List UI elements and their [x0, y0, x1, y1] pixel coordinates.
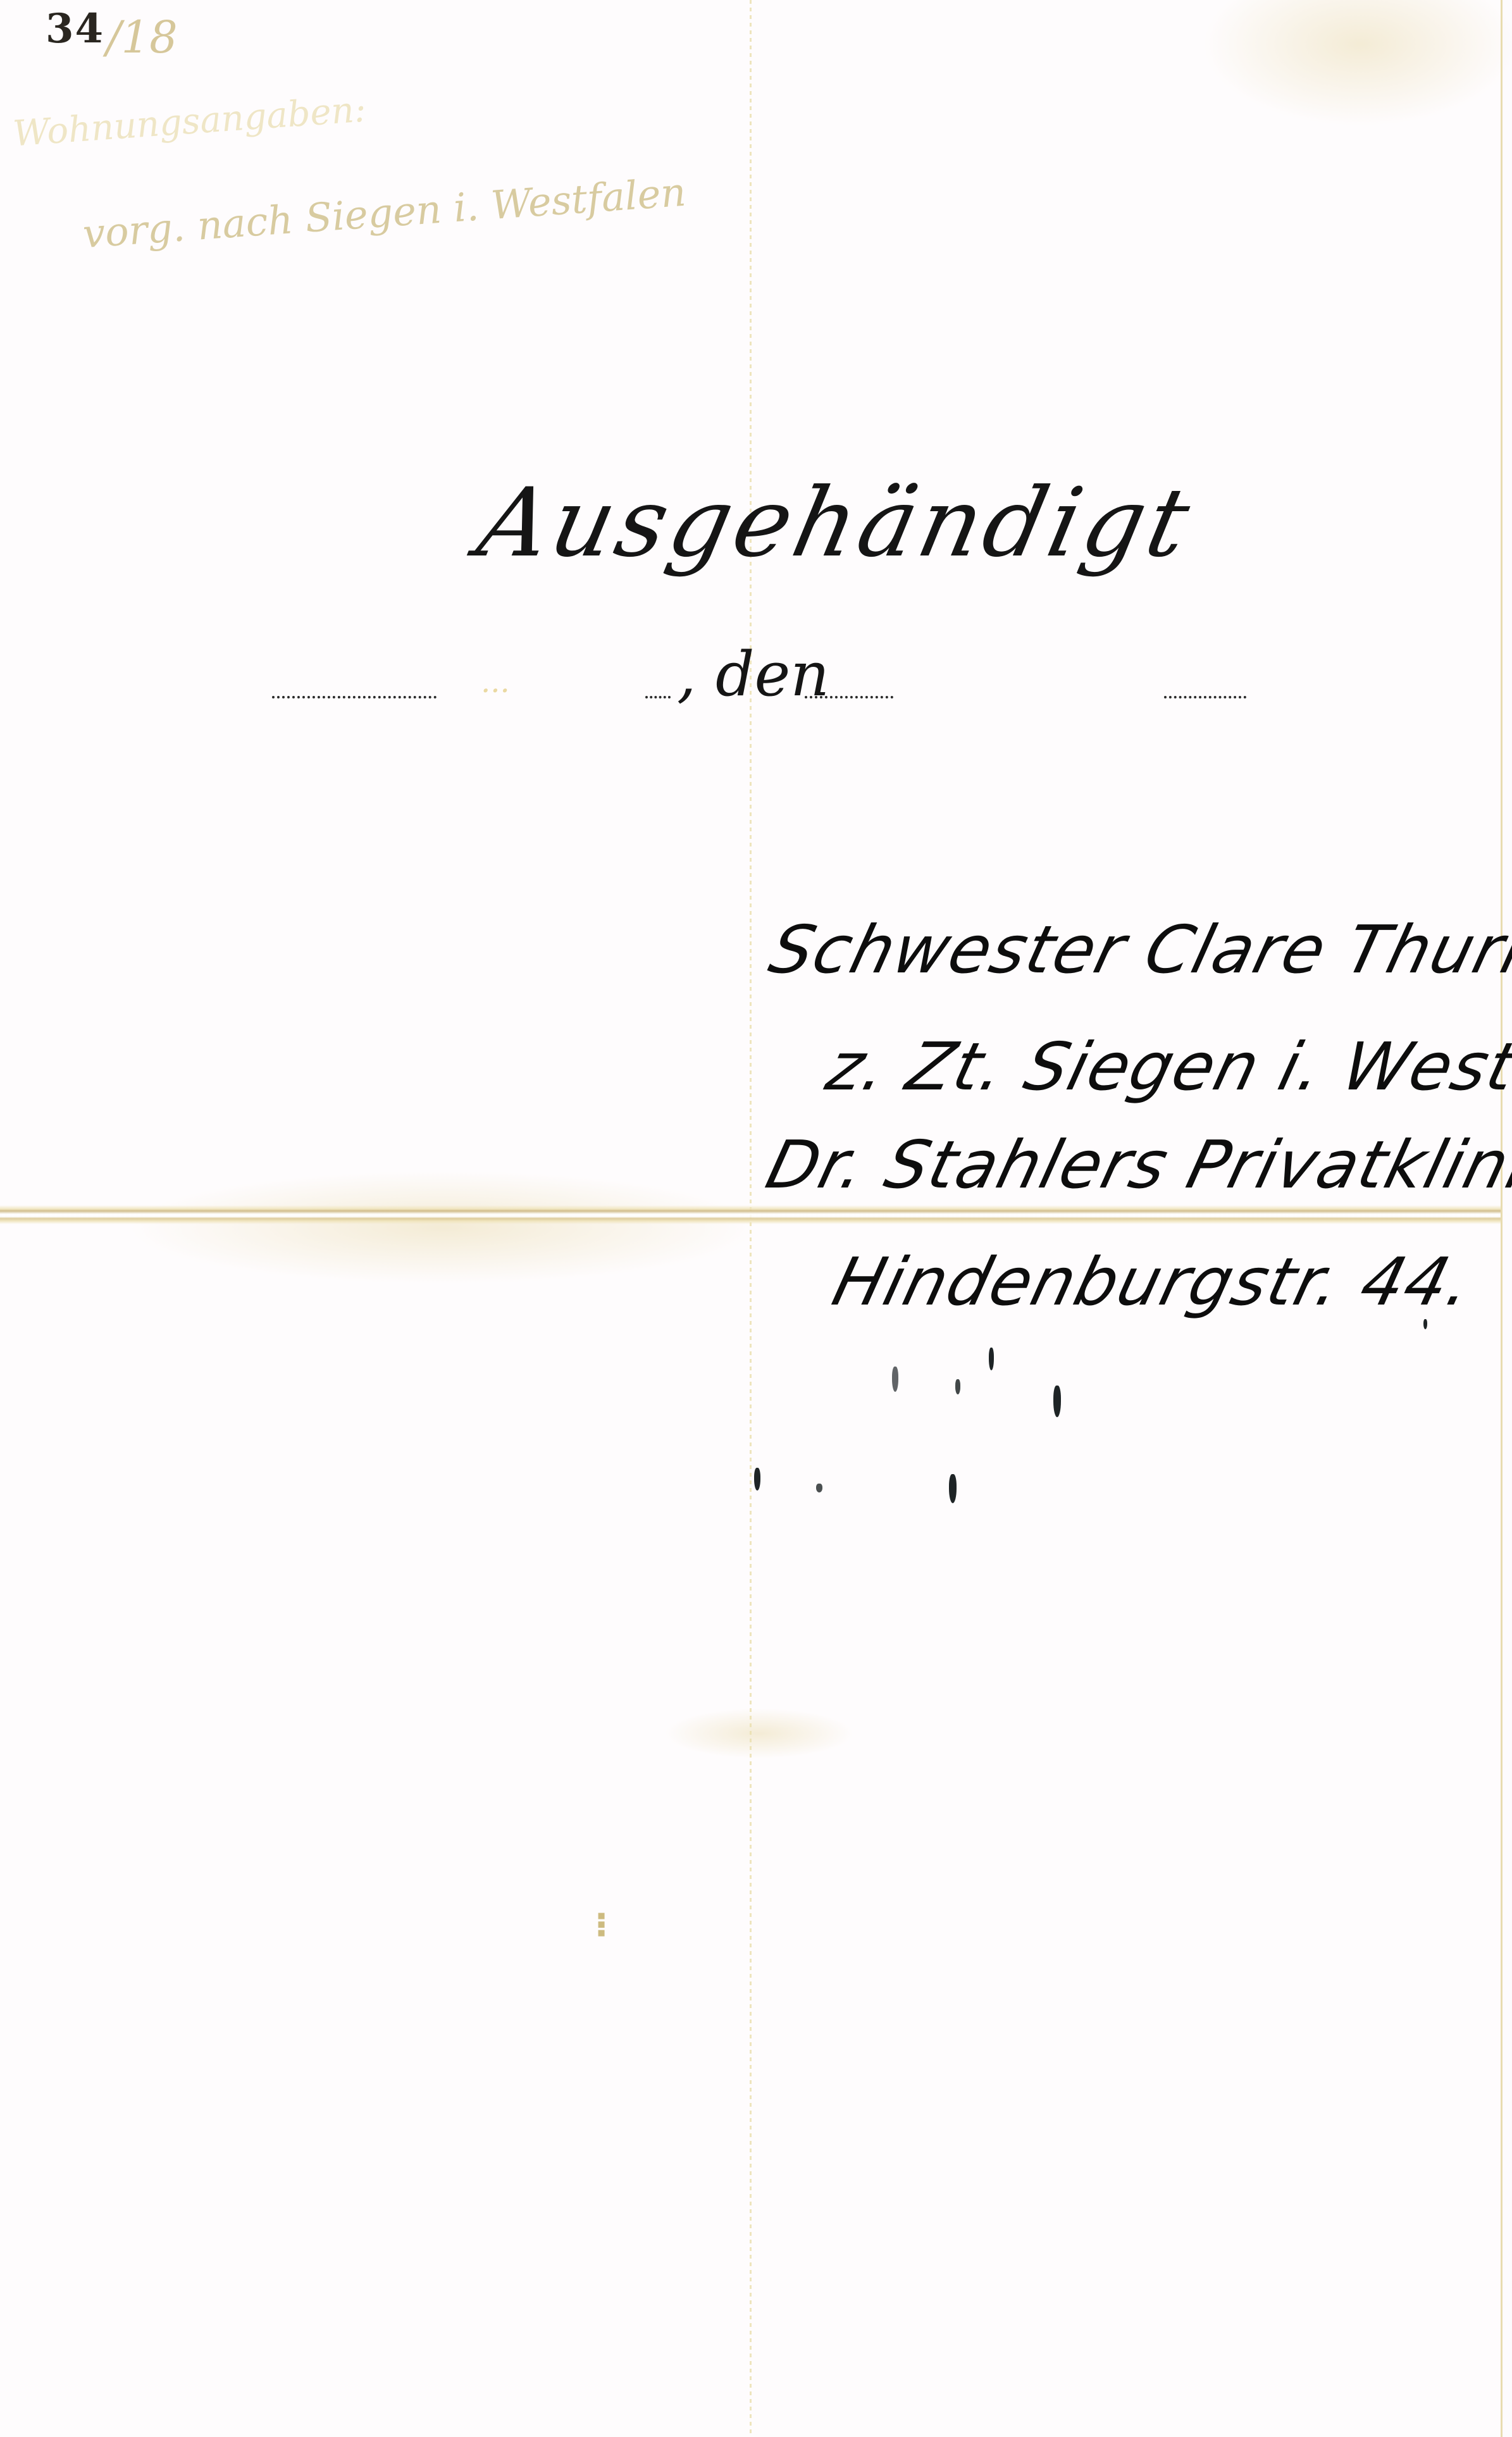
- address-institution: Dr. Stahlers Privatklinik.: [759, 1126, 1512, 1203]
- pencil-note: Wohnungsangaben:: [11, 89, 367, 155]
- address-recipient: Schwester Clare Thurmann.: [762, 911, 1512, 988]
- dotted-rule: [645, 696, 671, 698]
- paper-stain: [664, 1708, 854, 1759]
- dotted-rule: [1164, 696, 1246, 698]
- ink-blot: [1423, 1319, 1427, 1329]
- horizontal-fold-line: [0, 1205, 1501, 1224]
- archive-number-stamp: 34: [46, 5, 104, 53]
- ink-blot: [955, 1379, 960, 1394]
- date-line: ... , den: [272, 658, 1291, 696]
- faint-stamp-mark: ▪▪▪: [595, 1912, 610, 1938]
- ink-blot: [816, 1484, 822, 1492]
- address-city: z. Zt. Siegen i. Westf.: [819, 1028, 1512, 1105]
- document-page: 34 /18 Wohnungsangaben: vorg. nach Siege…: [0, 0, 1503, 2437]
- ink-blot: [949, 1474, 957, 1503]
- pencil-note: vorg. nach Siegen i. Westfalen: [82, 169, 688, 257]
- printed-heading: Ausgehändigt: [469, 468, 1203, 578]
- dotted-rule: [805, 696, 893, 698]
- paper-stain: [1202, 0, 1512, 127]
- faded-date-entry: ...: [481, 664, 510, 700]
- ink-blot: [754, 1468, 760, 1491]
- ink-blot: [989, 1348, 994, 1370]
- archive-sub-number: /18: [106, 11, 178, 63]
- paper-stain: [127, 1170, 759, 1284]
- den-label: , den: [677, 639, 829, 710]
- dotted-rule: [272, 696, 437, 698]
- address-street: Hindenburgstr. 44.: [826, 1243, 1481, 1320]
- ink-blot: [892, 1367, 898, 1392]
- ink-blot: [1053, 1386, 1061, 1417]
